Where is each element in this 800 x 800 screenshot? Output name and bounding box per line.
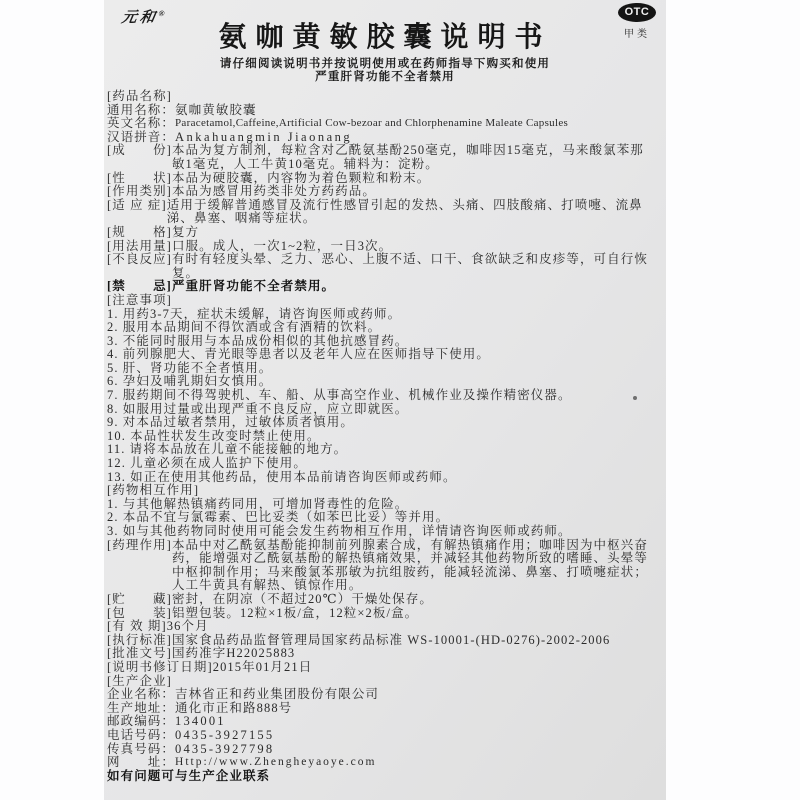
leaflet-line: 如有问题可与生产企业联系 xyxy=(107,770,656,784)
leaflet-line: [有 效 期]36个月 xyxy=(107,620,656,634)
otc-mark: OTC 甲类 xyxy=(615,3,659,40)
section-label: [不良反应] xyxy=(107,253,172,267)
dust-speck xyxy=(633,396,637,400)
otc-class-label: 甲类 xyxy=(615,25,659,40)
section-label: 企业名称： xyxy=(107,688,175,702)
leaflet-line: [作用类别]本品为感冒用药类非处方药药品。 xyxy=(107,185,656,199)
leaflet-line: 网 址：Http://www.Zhengheyaoye.com xyxy=(107,756,656,770)
section-label: [作用类别] xyxy=(107,185,172,199)
section-text: 适用于缓解普通感冒及流行性感冒引起的发热、头痛、四肢酸痛、打喷嚏、流鼻涕、鼻塞、… xyxy=(167,199,656,226)
section-text: 通化市正和路888号 xyxy=(175,702,656,716)
section-text: 134001 xyxy=(175,715,656,729)
section-label: [适 应 症] xyxy=(107,199,167,213)
otc-badge-icon: OTC xyxy=(618,3,656,22)
leaflet-line: 生产地址：通化市正和路888号 xyxy=(107,702,656,716)
leaflet-line: 通用名称：氨咖黄敏胶囊 xyxy=(107,104,656,118)
section-text: 吉林省正和药业集团股份有限公司 xyxy=(175,688,656,702)
leaflet-line: 英文名称：Paracetamol,Caffeine,Artificial Cow… xyxy=(107,117,656,131)
section-text: 复方 xyxy=(172,226,656,240)
leaflet-line: [药品名称] xyxy=(107,90,656,104)
section-text: 铝塑包装。12粒×1板/盒，12粒×2板/盒。 xyxy=(172,607,656,621)
leaflet-line: [规 格]复方 xyxy=(107,226,656,240)
leaflet-line: 2. 服用本品期间不得饮酒或含有酒精的饮料。 xyxy=(107,321,656,335)
leaflet-line: 11. 请将本品放在儿童不能接触的地方。 xyxy=(107,443,656,457)
leaflet-page: 元和® OTC 甲类 氨咖黄敏胶囊说明书 请仔细阅读说明书并按说明使用或在药师指… xyxy=(104,0,666,800)
leaflet-line: [成 份]本品为复方制剂，每粒含对乙酰氨基酚250毫克，咖啡因15毫克，马来酸氯… xyxy=(107,144,656,171)
section-label: [有 效 期] xyxy=(107,620,167,634)
leaflet-line: 12. 儿童必须在成人监护下使用。 xyxy=(107,457,656,471)
section-text: 0435-3927155 xyxy=(175,729,656,743)
section-label: [药理作用] xyxy=(107,539,172,553)
leaflet-line: [包 装]铝塑包装。12粒×1板/盒，12粒×2板/盒。 xyxy=(107,607,656,621)
section-label: 网 址： xyxy=(107,756,175,770)
section-label: 邮政编码： xyxy=(107,715,175,729)
section-label: [批准文号] xyxy=(107,647,172,661)
leaflet-body: [药品名称]通用名称：氨咖黄敏胶囊英文名称：Paracetamol,Caffei… xyxy=(104,90,666,783)
leaflet-line: 4. 前列腺肥大、青光眼等患者以及老年人应在医师指导下使用。 xyxy=(107,348,656,362)
leaflet-line: 企业名称：吉林省正和药业集团股份有限公司 xyxy=(107,688,656,702)
section-text: 国药准字H22025883 xyxy=(172,647,656,661)
brand-logo: 元和® xyxy=(120,6,166,27)
section-label: 英文名称： xyxy=(107,117,175,131)
leaflet-line: [注意事项] xyxy=(107,294,656,308)
section-text: Http://www.Zhengheyaoye.com xyxy=(175,756,656,770)
section-label: [成 份] xyxy=(107,144,172,158)
leaflet-line: 9. 对本品过敏者禁用，过敏体质者慎用。 xyxy=(107,416,656,430)
leaflet-line: [不良反应]有时有轻度头晕、乏力、恶心、上腹不适、口干、食欲缺乏和皮疹等，可自行… xyxy=(107,253,656,280)
section-text: 密封，在阴凉（不超过20℃）干燥处保存。 xyxy=(172,593,656,607)
page-title: 氨咖黄敏胶囊说明书 xyxy=(104,0,666,54)
brand-logo-text: 元和 xyxy=(120,10,159,26)
section-text: 0435-3927798 xyxy=(175,743,656,757)
section-text: 严重肝肾功能不全者禁用。 xyxy=(172,280,656,294)
usage-warning-line2: 严重肝肾功能不全者禁用 xyxy=(104,71,666,84)
leaflet-line: [贮 藏]密封，在阴凉（不超过20℃）干燥处保存。 xyxy=(107,593,656,607)
section-text: 氨咖黄敏胶囊 xyxy=(175,104,656,118)
screenshot-root: 元和® OTC 甲类 氨咖黄敏胶囊说明书 请仔细阅读说明书并按说明使用或在药师指… xyxy=(0,0,800,800)
leaflet-line: 邮政编码：134001 xyxy=(107,715,656,729)
leaflet-line: 电话号码：0435-3927155 xyxy=(107,729,656,743)
leaflet-line: [适 应 症]适用于缓解普通感冒及流行性感冒引起的发热、头痛、四肢酸痛、打喷嚏、… xyxy=(107,199,656,226)
section-text: 本品中对乙酰氨基酚能抑制前列腺素合成，有解热镇痛作用；咖啡因为中枢兴奋药，能增强… xyxy=(172,539,656,593)
section-text: Paracetamol,Caffeine,Artificial Cow-bezo… xyxy=(175,117,656,131)
section-label: [贮 藏] xyxy=(107,593,172,607)
section-label: 通用名称： xyxy=(107,104,175,118)
section-label: 电话号码： xyxy=(107,729,175,743)
leaflet-line: 3. 如与其他药物同时使用可能会发生药物相互作用，详情请咨询医师或药师。 xyxy=(107,525,656,539)
leaflet-line: 传真号码：0435-3927798 xyxy=(107,743,656,757)
section-text: 本品为复方制剂，每粒含对乙酰氨基酚250毫克，咖啡因15毫克，马来酸氯苯那敏1毫… xyxy=(172,144,656,171)
leaflet-line: [禁 忌]严重肝肾功能不全者禁用。 xyxy=(107,280,656,294)
leaflet-line: [药物相互作用] xyxy=(107,484,656,498)
section-label: [禁 忌] xyxy=(107,280,172,294)
usage-warning-line1: 请仔细阅读说明书并按说明使用或在药师指导下购买和使用 xyxy=(104,58,666,71)
section-text: 有时有轻度头晕、乏力、恶心、上腹不适、口干、食欲缺乏和皮疹等，可自行恢复。 xyxy=(172,253,656,280)
leaflet-line: 7. 服药期间不得驾驶机、车、船、从事高空作业、机械作业及操作精密仪器。 xyxy=(107,389,656,403)
leaflet-line: 2. 本品不宜与氯霉素、巴比妥类（如苯巴比妥）等并用。 xyxy=(107,511,656,525)
section-label: [规 格] xyxy=(107,226,172,240)
leaflet-line: [药理作用]本品中对乙酰氨基酚能抑制前列腺素合成，有解热镇痛作用；咖啡因为中枢兴… xyxy=(107,539,656,593)
leaflet-line: [批准文号]国药准字H22025883 xyxy=(107,647,656,661)
section-text: 本品为感冒用药类非处方药药品。 xyxy=(172,185,656,199)
section-text: 36个月 xyxy=(167,620,656,634)
leaflet-line: [说明书修订日期]2015年01月21日 xyxy=(107,661,656,675)
